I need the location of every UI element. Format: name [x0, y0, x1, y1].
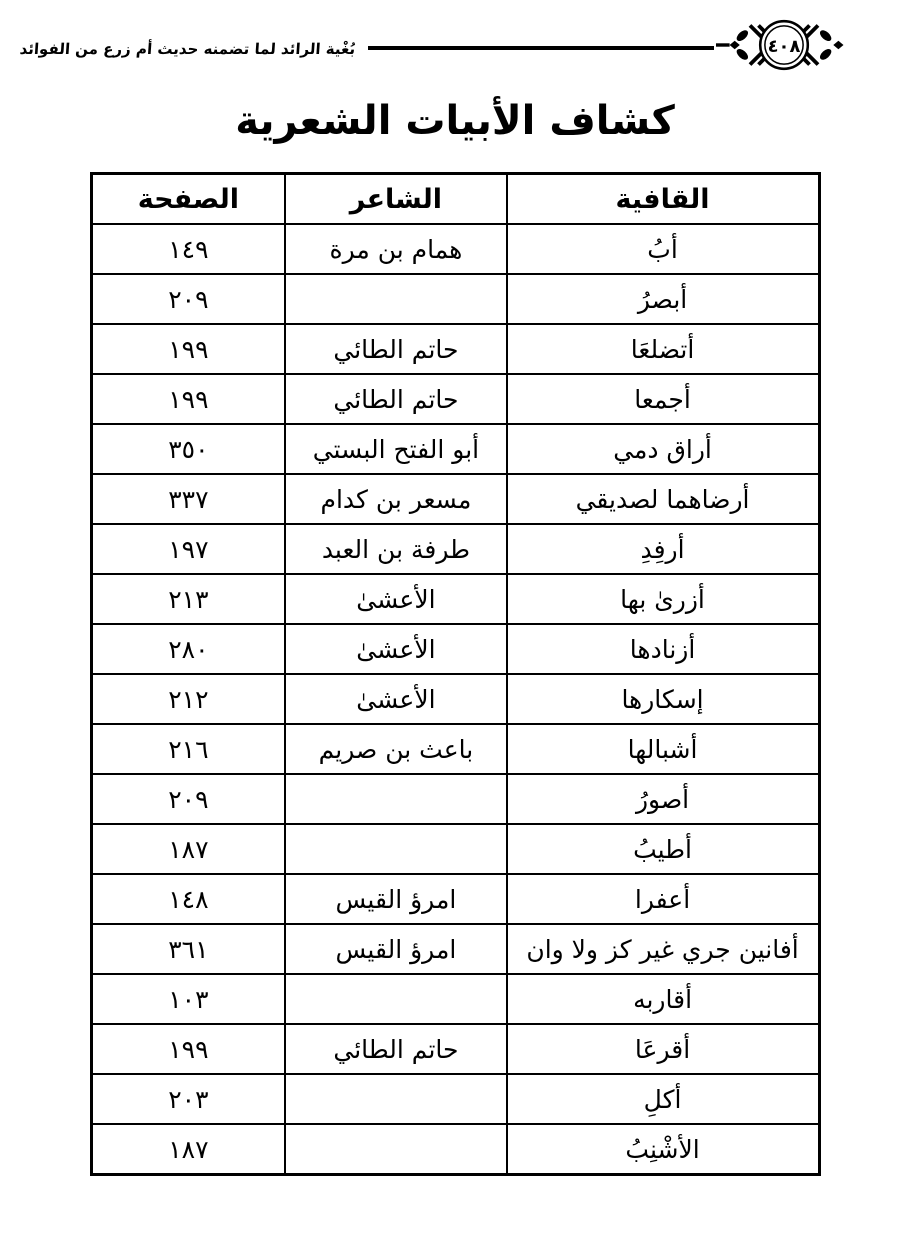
medallion-ornament-icon: ٤٠٨ — [716, 10, 852, 80]
rhyme-cell: أصورُ — [507, 774, 819, 824]
rhyme-cell: أبصرُ — [507, 274, 819, 324]
page-cell: ١٤٨ — [91, 874, 285, 924]
table-row: أرفِدِطرفة بن العبد١٩٧ — [91, 524, 819, 574]
table-row: أفانين جري غير كز ولا وانامرؤ القيس٣٦١ — [91, 924, 819, 974]
poet-cell: أبو الفتح البستي — [285, 424, 506, 474]
poet-cell: مسعر بن كدام — [285, 474, 506, 524]
table-row: أتضلعَاحاتم الطائي١٩٩ — [91, 324, 819, 374]
table-body: أبُهمام بن مرة١٤٩أبصرُ٢٠٩أتضلعَاحاتم الط… — [91, 224, 819, 1175]
poet-cell: امرؤ القيس — [285, 874, 506, 924]
table-row: أعفراامرؤ القيس١٤٨ — [91, 874, 819, 924]
page-cell: ١٠٣ — [91, 974, 285, 1024]
table-row: أزرىٰ بهاالأعشىٰ٢١٣ — [91, 574, 819, 624]
rhyme-cell: أفانين جري غير كز ولا وان — [507, 924, 819, 974]
table-row: أرضاهما لصديقيمسعر بن كدام٣٣٧ — [91, 474, 819, 524]
poet-cell: باعث بن صريم — [285, 724, 506, 774]
poet-cell — [285, 1124, 506, 1175]
rhyme-cell: إسكارها — [507, 674, 819, 724]
page-cell: ٢١٢ — [91, 674, 285, 724]
column-header-page: الصفحة — [91, 174, 285, 225]
page-cell: ٢٠٣ — [91, 1074, 285, 1124]
poet-cell: طرفة بن العبد — [285, 524, 506, 574]
rhyme-cell: أزرىٰ بها — [507, 574, 819, 624]
rhyme-cell: أقرعَا — [507, 1024, 819, 1074]
poet-cell: حاتم الطائي — [285, 1024, 506, 1074]
rhyme-cell: أطيبُ — [507, 824, 819, 874]
book-title: بُغْية الرائد لما تضمنه حديث أم زرع من ا… — [19, 32, 356, 58]
column-header-rhyme: القافية — [507, 174, 819, 225]
table-row: الأشْنِبُ١٨٧ — [91, 1124, 819, 1175]
rhyme-cell: أجمعا — [507, 374, 819, 424]
poet-cell: الأعشىٰ — [285, 624, 506, 674]
verse-index-table: القافية الشاعر الصفحة أبُهمام بن مرة١٤٩أ… — [90, 172, 821, 1176]
page-cell: ١٤٩ — [91, 224, 285, 274]
page-cell: ٢١٣ — [91, 574, 285, 624]
poet-cell — [285, 974, 506, 1024]
rhyme-cell: أزنادها — [507, 624, 819, 674]
rhyme-cell: أكلِ — [507, 1074, 819, 1124]
poet-cell: حاتم الطائي — [285, 324, 506, 374]
page-cell: ٢١٦ — [91, 724, 285, 774]
rhyme-cell: الأشْنِبُ — [507, 1124, 819, 1175]
section-title: كشاف الأبيات الشعرية — [0, 98, 910, 144]
page-cell: ١٩٩ — [91, 324, 285, 374]
page-cell: ١٨٧ — [91, 824, 285, 874]
poet-cell — [285, 1074, 506, 1124]
table-row: أصورُ٢٠٩ — [91, 774, 819, 824]
page-cell: ٢٠٩ — [91, 274, 285, 324]
table-row: أجمعاحاتم الطائي١٩٩ — [91, 374, 819, 424]
rhyme-cell: أعفرا — [507, 874, 819, 924]
header-rule — [368, 46, 715, 50]
rhyme-cell: أبُ — [507, 224, 819, 274]
table-row: أطيبُ١٨٧ — [91, 824, 819, 874]
page-cell: ١٩٩ — [91, 1024, 285, 1074]
page-cell: ١٨٧ — [91, 1124, 285, 1175]
page-cell: ٣٣٧ — [91, 474, 285, 524]
rhyme-cell: أشبالها — [507, 724, 819, 774]
page-cell: ٣٥٠ — [91, 424, 285, 474]
poet-cell — [285, 274, 506, 324]
table-row: إسكارهاالأعشىٰ٢١٢ — [91, 674, 819, 724]
page-cell: ٣٦١ — [91, 924, 285, 974]
table-header-row: القافية الشاعر الصفحة — [91, 174, 819, 225]
page-cell: ١٩٩ — [91, 374, 285, 424]
page-cell: ٢٠٩ — [91, 774, 285, 824]
table-row: أبصرُ٢٠٩ — [91, 274, 819, 324]
page-cell: ٢٨٠ — [91, 624, 285, 674]
poet-cell — [285, 824, 506, 874]
table-row: أراق دميأبو الفتح البستي٣٥٠ — [91, 424, 819, 474]
page-number-ornament: ٤٠٨ — [716, 10, 852, 80]
scanned-book-page: بُغْية الرائد لما تضمنه حديث أم زرع من ا… — [0, 0, 910, 1253]
table-row: أكلِ٢٠٣ — [91, 1074, 819, 1124]
rhyme-cell: أرفِدِ — [507, 524, 819, 574]
poet-cell: امرؤ القيس — [285, 924, 506, 974]
table-row: أزنادهاالأعشىٰ٢٨٠ — [91, 624, 819, 674]
column-header-poet: الشاعر — [285, 174, 506, 225]
table-row: أقرعَاحاتم الطائي١٩٩ — [91, 1024, 819, 1074]
rhyme-cell: أتضلعَا — [507, 324, 819, 374]
table-row: أبُهمام بن مرة١٤٩ — [91, 224, 819, 274]
poet-cell: الأعشىٰ — [285, 574, 506, 624]
poet-cell: حاتم الطائي — [285, 374, 506, 424]
poet-cell: الأعشىٰ — [285, 674, 506, 724]
rhyme-cell: أرضاهما لصديقي — [507, 474, 819, 524]
poet-cell: همام بن مرة — [285, 224, 506, 274]
rhyme-cell: أراق دمي — [507, 424, 819, 474]
table-row: أشبالهاباعث بن صريم٢١٦ — [91, 724, 819, 774]
running-header: بُغْية الرائد لما تضمنه حديث أم زرع من ا… — [0, 0, 910, 72]
poet-cell — [285, 774, 506, 824]
rhyme-cell: أقاربه — [507, 974, 819, 1024]
table-row: أقاربه١٠٣ — [91, 974, 819, 1024]
page-cell: ١٩٧ — [91, 524, 285, 574]
page-number: ٤٠٨ — [768, 36, 801, 57]
